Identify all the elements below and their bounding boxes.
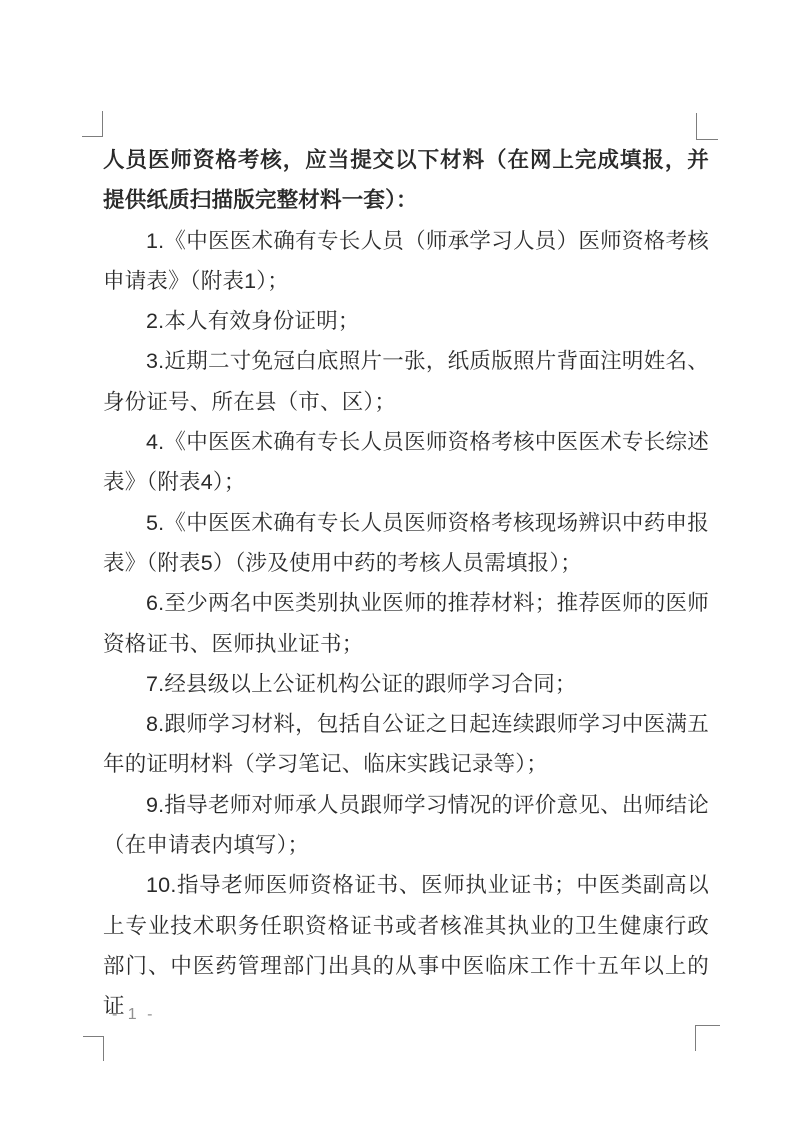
crop-mark-top-left-icon xyxy=(82,111,103,137)
crop-mark-bottom-right-icon xyxy=(695,1025,720,1051)
paragraph: 7.经县级以上公证机构公证的跟师学习合同； xyxy=(103,664,709,704)
paragraph: 人员医师资格考核，应当提交以下材料（在网上完成填报，并提供纸质扫描版完整材料一套… xyxy=(103,140,709,221)
crop-mark-bottom-left-icon xyxy=(83,1036,104,1061)
paragraph: 10.指导老师医师资格证书、医师执业证书；中医类副高以上专业技术职务任职资格证书… xyxy=(103,865,709,1026)
document-page: 人员医师资格考核，应当提交以下材料（在网上完成填报，并提供纸质扫描版完整材料一套… xyxy=(0,0,796,1123)
paragraph: 8.跟师学习材料，包括自公证之日起连续跟师学习中医满五年的证明材料（学习笔记、临… xyxy=(103,704,709,785)
paragraph: 3.近期二寸免冠白底照片一张，纸质版照片背面注明姓名、身份证号、所在县（市、区）… xyxy=(103,341,709,422)
crop-mark-top-right-icon xyxy=(696,113,718,140)
paragraph: 4.《中医医术确有专长人员医师资格考核中医医术专长综述表》（附表4）； xyxy=(103,422,709,503)
paragraph: 1.《中医医术确有专长人员（师承学习人员）医师资格考核申请表》（附表1）； xyxy=(103,221,709,302)
paragraph: 2.本人有效身份证明； xyxy=(103,301,709,341)
page-number: - 1 - xyxy=(112,1004,155,1026)
paragraph: 5.《中医医术确有专长人员医师资格考核现场辨识中药申报表》（附表5）（涉及使用中… xyxy=(103,503,709,584)
paragraph: 6.至少两名中医类别执业医师的推荐材料；推荐医师的医师资格证书、医师执业证书； xyxy=(103,583,709,664)
paragraph: 9.指导老师对师承人员跟师学习情况的评价意见、出师结论（在申请表内填写）； xyxy=(103,785,709,866)
document-body: 人员医师资格考核，应当提交以下材料（在网上完成填报，并提供纸质扫描版完整材料一套… xyxy=(103,140,709,1027)
